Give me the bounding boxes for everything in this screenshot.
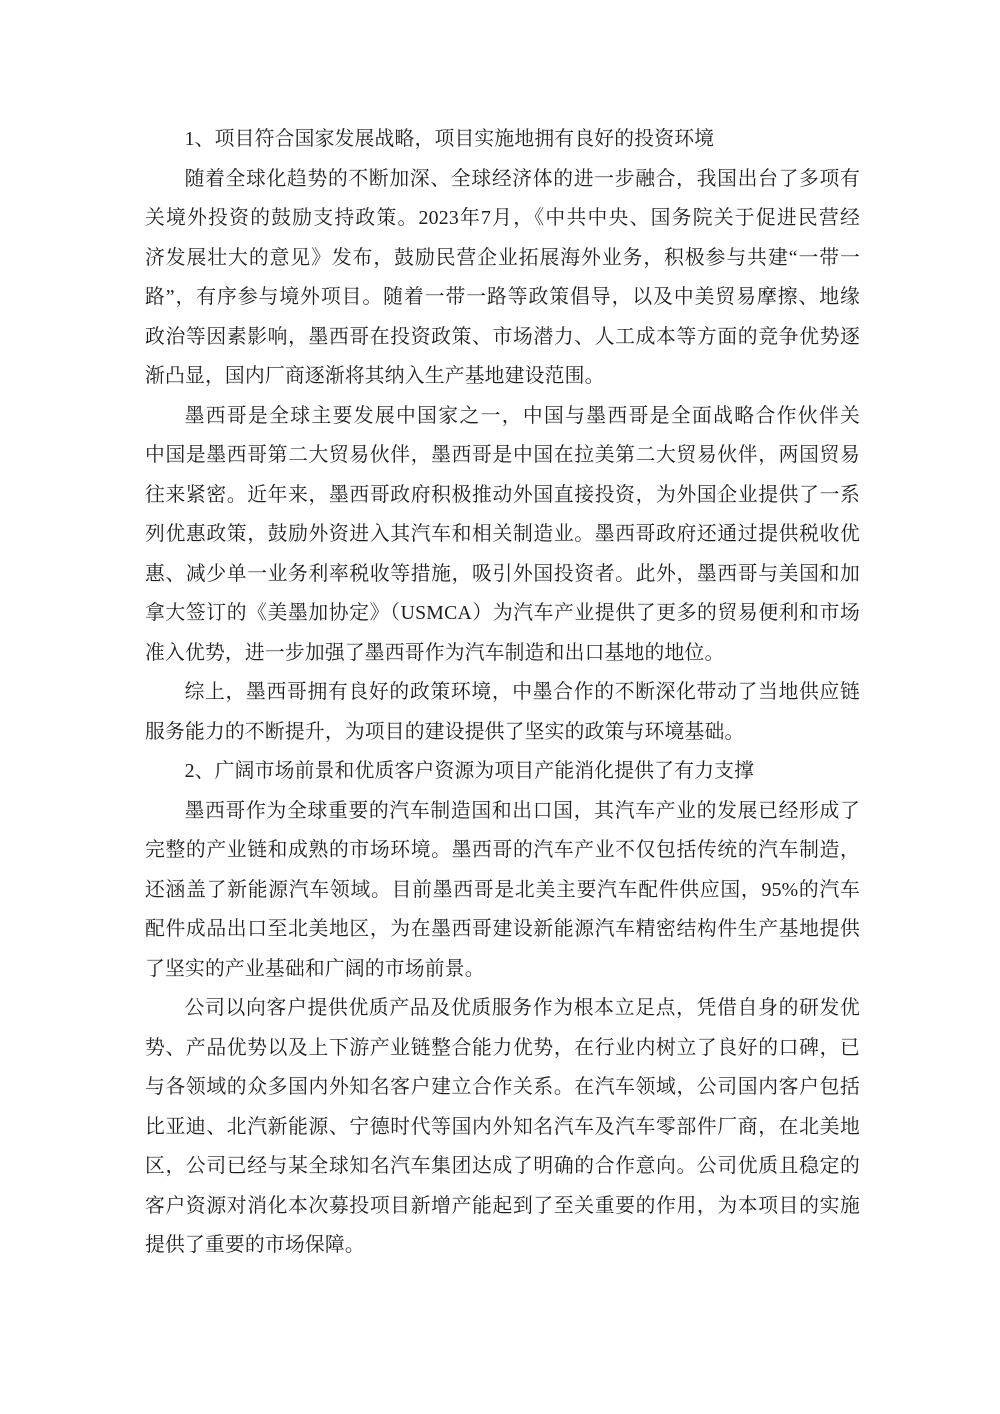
paragraph-text-line: 公司以向客户提供优质产品及优质服务作为根本立足点，凭借自身的研发优 xyxy=(145,989,860,1029)
paragraph-text-line: 墨西哥作为全球重要的汽车制造国和出口国，其汽车产业的发展已经形成了 xyxy=(145,792,860,832)
paragraph-text-line: 提供了重要的市场保障。 xyxy=(145,1226,860,1266)
paragraph-text-line: 政治等因素影响，墨西哥在投资政策、市场潜力、人工成本等方面的竞争优势逐 xyxy=(145,318,860,358)
paragraph-text-line: 还涵盖了新能源汽车领域。目前墨西哥是北美主要汽车配件供应国，95%的汽车 xyxy=(145,871,860,911)
paragraph-text-line: 中国是墨西哥第二大贸易伙伴，墨西哥是中国在拉美第二大贸易伙伴，两国贸易 xyxy=(145,436,860,476)
paragraph-text-line: 客户资源对消化本次募投项目新增产能起到了至关重要的作用，为本项目的实施 xyxy=(145,1187,860,1227)
paragraph-text-line: 了坚实的产业基础和广阔的市场前景。 xyxy=(145,950,860,990)
paragraph-text-line: 拿大签订的《美墨加协定》（USMCA）为汽车产业提供了更多的贸易便利和市场 xyxy=(145,594,860,634)
document-page: 1、项目符合国家发展战略，项目实施地拥有良好的投资环境随着全球化趋势的不断加深、… xyxy=(0,0,1000,1414)
document-text-block: 1、项目符合国家发展战略，项目实施地拥有良好的投资环境随着全球化趋势的不断加深、… xyxy=(145,120,860,1266)
paragraph-text-line: 随着全球化趋势的不断加深、全球经济体的进一步融合，我国出台了多项有 xyxy=(145,160,860,200)
paragraph-text-line: 服务能力的不断提升，为项目的建设提供了坚实的政策与环境基础。 xyxy=(145,713,860,753)
paragraph-text-line: 墨西哥是全球主要发展中国家之一，中国与墨西哥是全面战略合作伙伴关系。 xyxy=(145,397,860,437)
paragraph-text-line: 完整的产业链和成熟的市场环境。墨西哥的汽车产业不仅包括传统的汽车制造， xyxy=(145,831,860,871)
paragraph-text-line: 比亚迪、北汽新能源、宁德时代等国内外知名汽车及汽车零部件厂商，在北美地 xyxy=(145,1108,860,1148)
paragraph-text-line: 配件成品出口至北美地区，为在墨西哥建设新能源汽车精密结构件生产基地提供 xyxy=(145,910,860,950)
section-heading-line: 1、项目符合国家发展战略，项目实施地拥有良好的投资环境 xyxy=(145,120,860,160)
paragraph-text-line: 势、产品优势以及上下游产业链整合能力优势，在行业内树立了良好的口碑，已 xyxy=(145,1029,860,1069)
paragraph-text-line: 济发展壮大的意见》发布，鼓励民营企业拓展海外业务，积极参与共建“一带一 xyxy=(145,239,860,279)
paragraph-text-line: 路”，有序参与境外项目。随着一带一路等政策倡导，以及中美贸易摩擦、地缘 xyxy=(145,278,860,318)
section-heading-line: 2、广阔市场前景和优质客户资源为项目产能消化提供了有力支撑 xyxy=(145,752,860,792)
paragraph-text-line: 列优惠政策，鼓励外资进入其汽车和相关制造业。墨西哥政府还通过提供税收优 xyxy=(145,515,860,555)
paragraph-text-line: 往来紧密。近年来，墨西哥政府积极推动外国直接投资，为外国企业提供了一系 xyxy=(145,476,860,516)
paragraph-text-line: 准入优势，进一步加强了墨西哥作为汽车制造和出口基地的地位。 xyxy=(145,634,860,674)
paragraph-text-line: 渐凸显，国内厂商逐渐将其纳入生产基地建设范围。 xyxy=(145,357,860,397)
paragraph-text-line: 综上，墨西哥拥有良好的政策环境，中墨合作的不断深化带动了当地供应链 xyxy=(145,673,860,713)
paragraph-text-line: 关境外投资的鼓励支持政策。2023年7月，《中共中央、国务院关于促进民营经 xyxy=(145,199,860,239)
paragraph-text-line: 惠、减少单一业务利率税收等措施，吸引外国投资者。此外，墨西哥与美国和加 xyxy=(145,555,860,595)
paragraph-text-line: 区，公司已经与某全球知名汽车集团达成了明确的合作意向。公司优质且稳定的 xyxy=(145,1147,860,1187)
paragraph-text-line: 与各领域的众多国内外知名客户建立合作关系。在汽车领域，公司国内客户包括 xyxy=(145,1068,860,1108)
